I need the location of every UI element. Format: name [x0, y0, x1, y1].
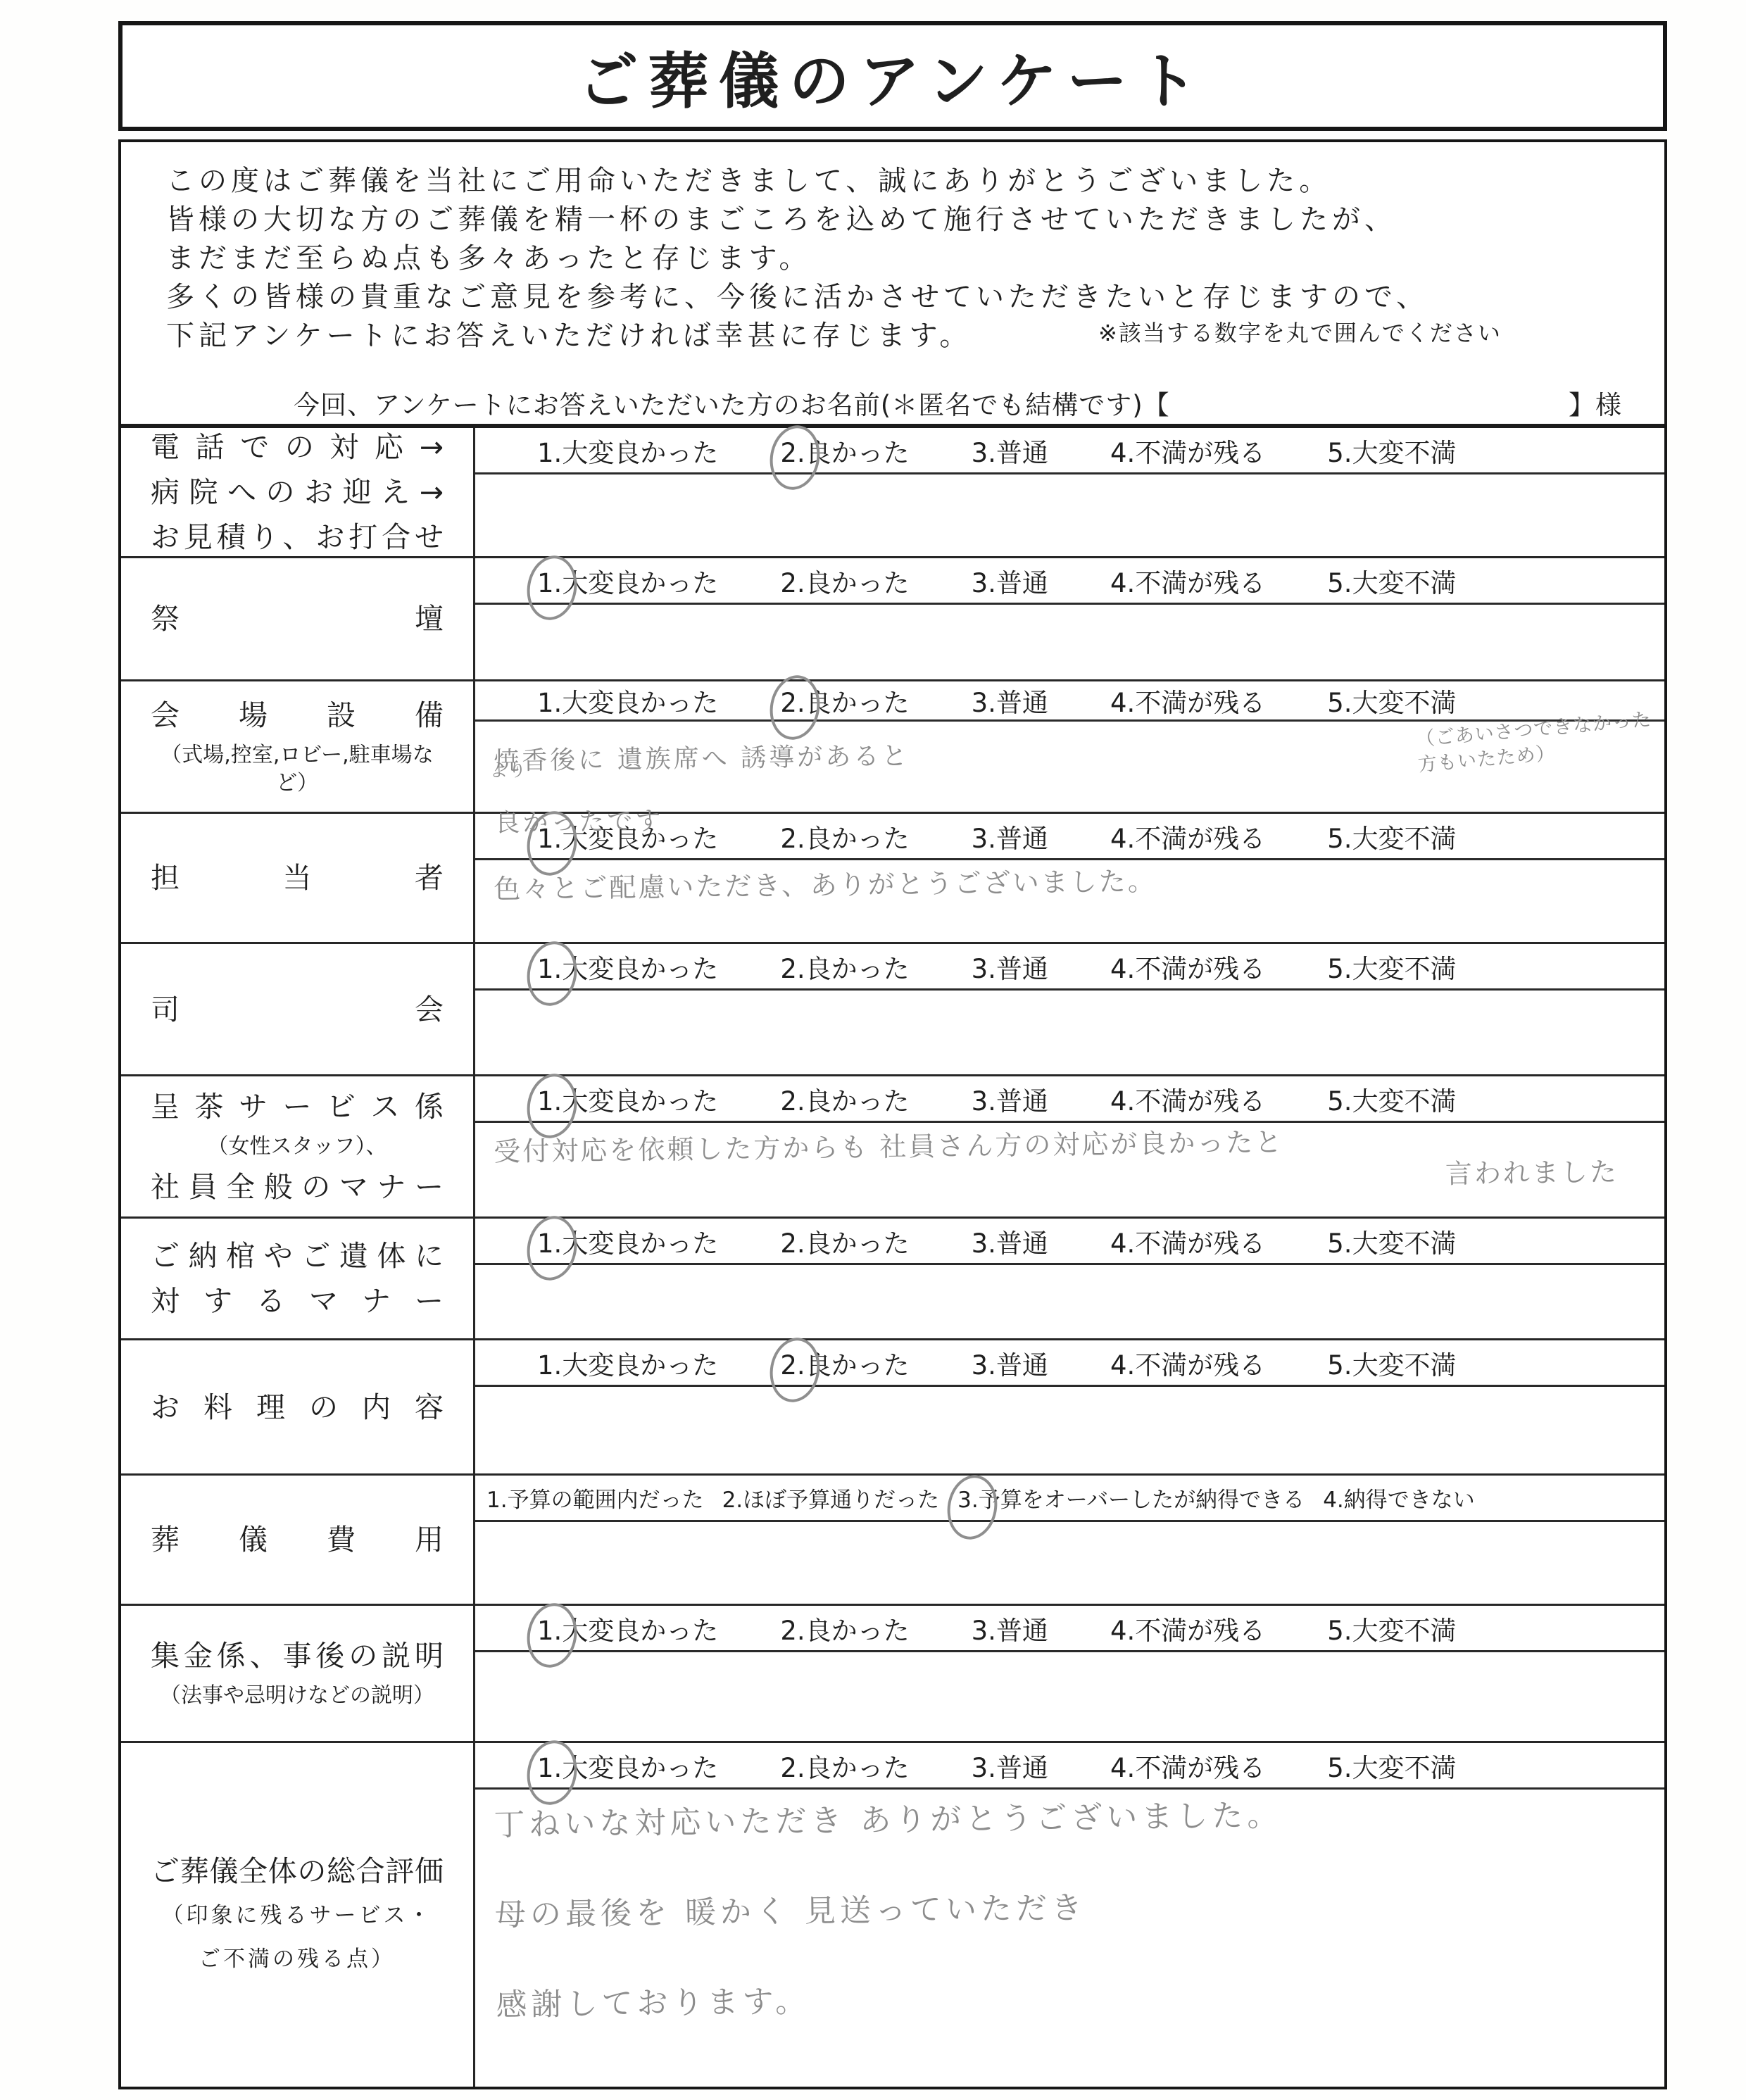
option-number: 3.	[972, 954, 996, 984]
option-number-circled: 2.	[780, 438, 805, 468]
row-answer-cell: 1.大変良かった2.良かった3.普通4.不満が残る5.大変不満受付対応を依頼した…	[475, 1076, 1664, 1216]
handwritten-comment: 受付対応を依頼した方からも 社員さん方の対応が良かったと言われました	[494, 1119, 1647, 1205]
option-number: 2.	[780, 1616, 805, 1646]
option-number: 5.	[1327, 954, 1352, 984]
option[interactable]: 2.良かった	[780, 562, 909, 600]
option-label: 不満が残る	[1135, 688, 1265, 718]
option-number-circled: 1.	[537, 1753, 562, 1783]
option[interactable]: 5.大変不満	[1327, 562, 1456, 600]
option-number-circled: 2.	[780, 688, 805, 718]
option-label: 普通	[996, 1616, 1048, 1646]
option-number: 5.	[1327, 438, 1352, 468]
row-label-cell: 集金係、事後の説明（法事や忌明けなどの説明）	[121, 1606, 475, 1741]
row-label-sub: ご不満の残る点）	[151, 1941, 444, 1978]
option-number: 4.	[1110, 1350, 1135, 1381]
option[interactable]: 5.大変不満	[1327, 1747, 1456, 1785]
handwritten-comment: 色々とご配慮いただき、ありがとうございました。	[494, 856, 1647, 908]
option[interactable]: 1.大変良かった	[537, 948, 718, 986]
option-number: 5.	[1327, 1228, 1352, 1259]
comment-area	[475, 1387, 1664, 1473]
option-band: 1.大変良かった2.良かった3.普通4.不満が残る5.大変不満	[475, 944, 1664, 991]
option-label: 大変良かった	[562, 1616, 718, 1646]
intro-line: まだまだ至らぬ点も多々あったと存じます。	[166, 239, 1428, 278]
option-label: 良かった	[805, 1228, 910, 1259]
name-line-prefix: 今回、アンケートにお答えいただいた方のお名前(＊匿名でも結構です)【	[294, 384, 1170, 422]
option-band: 1.予算の範囲内だった2.ほぼ予算通りだった3.予算をオーバーしたが納得できる4…	[475, 1476, 1664, 1522]
comment-area	[475, 991, 1664, 1074]
option-number: 5.	[1327, 688, 1352, 718]
comment-area	[475, 474, 1664, 556]
option-label: 良かった	[805, 688, 910, 718]
table-row: 電話での対応→病院へのお迎え→お見積り、お打合せ1.大変良かった2.良かった3.…	[121, 428, 1664, 558]
option-label: 良かった	[805, 1753, 910, 1783]
option[interactable]: 2.良かった	[780, 1747, 909, 1785]
name-input-blank[interactable]	[1170, 379, 1569, 414]
table-row: 葬儀費用1.予算の範囲内だった2.ほぼ予算通りだった3.予算をオーバーしたが納得…	[121, 1476, 1664, 1606]
option-number-circled: 1.	[537, 1616, 562, 1646]
option-number: 2.	[780, 568, 805, 598]
option-number: 4.	[1323, 1488, 1344, 1513]
option-number: 4.	[1110, 688, 1135, 718]
option-label: 普通	[996, 954, 1048, 984]
option-number: 1.	[537, 438, 562, 468]
option[interactable]: 5.大変不満	[1327, 948, 1456, 986]
option[interactable]: 3.普通	[972, 1222, 1048, 1260]
row-label: 葬儀費用	[151, 1521, 444, 1559]
table-row: 司会1.大変良かった2.良かった3.普通4.不満が残る5.大変不満	[121, 944, 1664, 1076]
option-label: 良かった	[805, 954, 910, 984]
option-number: 2.	[780, 1228, 805, 1259]
option-number-circled: 3.	[957, 1488, 979, 1513]
row-label: 電話での対応→	[151, 428, 444, 466]
option-label: 不満が残る	[1135, 1753, 1265, 1783]
option-label: 大変不満	[1352, 1086, 1457, 1117]
option-number: 5.	[1327, 1086, 1352, 1117]
option-label: 大変不満	[1352, 1350, 1457, 1381]
option[interactable]: 4.不満が残る	[1110, 1344, 1265, 1382]
row-answer-cell: 1.大変良かった2.良かった3.普通4.不満が残る5.大変不満	[475, 558, 1664, 679]
option-label: 大変不満	[1352, 1753, 1457, 1783]
row-label-sub: （女性スタッフ）、	[151, 1133, 444, 1161]
option-label: 予算の範囲内だった	[508, 1488, 704, 1513]
option-number: 3.	[972, 1616, 996, 1646]
option-number: 2.	[780, 1753, 805, 1783]
option-number: 4.	[1110, 568, 1135, 598]
option-number: 2.	[780, 824, 805, 854]
comment-area: 受付対応を依頼した方からも 社員さん方の対応が良かったと言われました	[475, 1123, 1664, 1216]
option[interactable]: 5.大変不満	[1327, 681, 1456, 719]
table-row: 会場設備（式場,控室,ロビー,駐車場など）1.大変良かった2.良かった3.普通4…	[121, 681, 1664, 814]
option-number-circled: 1.	[537, 1086, 562, 1117]
option-number: 3.	[972, 568, 996, 598]
option-number: 1.	[537, 1350, 562, 1381]
comment-area: 丁ねいな対応いただき ありがとうございました。母の最後を 暖かく 見送っていただ…	[475, 1790, 1664, 2087]
option[interactable]: 4.不満が残る	[1110, 562, 1265, 600]
survey-table: 電話での対応→病院へのお迎え→お見積り、お打合せ1.大変良かった2.良かった3.…	[121, 424, 1664, 2087]
option-label: 良かった	[805, 568, 910, 598]
option-band: 1.大変良かった2.良かった3.普通4.不満が残る5.大変不満	[475, 681, 1664, 722]
option-label: 普通	[996, 438, 1048, 468]
option-label: 大変良かった	[562, 954, 718, 984]
option-label: 不満が残る	[1135, 1616, 1265, 1646]
option-label: 大変不満	[1352, 954, 1457, 984]
option-label: 大変不満	[1352, 688, 1457, 718]
option[interactable]: 4.不満が残る	[1110, 1080, 1265, 1118]
option-number: 4.	[1110, 1086, 1135, 1117]
row-label: 祭壇	[151, 600, 444, 638]
row-label-cell: 祭壇	[121, 558, 475, 679]
option[interactable]: 5.大変不満	[1327, 1080, 1456, 1118]
option[interactable]: 1.大変良かった	[537, 681, 718, 719]
option-number: 5.	[1327, 1616, 1352, 1646]
row-label-cell: 会場設備（式場,控室,ロビー,駐車場など）	[121, 681, 475, 812]
option-label: ほぼ予算通りだった	[743, 1488, 939, 1513]
option-band: 1.大変良かった2.良かった3.普通4.不満が残る5.大変不満	[475, 1743, 1664, 1790]
row-label: お料理の内容	[151, 1388, 444, 1426]
option[interactable]: 1.大変良かった	[537, 1222, 718, 1260]
row-label: 対するマナー	[151, 1282, 444, 1320]
option[interactable]: 1.大変良かった	[537, 1080, 718, 1118]
intro-line: 皆様の大切な方のご葬儀を精一杯のまごころを込めて施行させていただきましたが、	[166, 201, 1428, 239]
row-label-cell: 葬儀費用	[121, 1476, 475, 1604]
option-label: 大変良かった	[562, 568, 718, 598]
table-row: ご納棺やご遺体に対するマナー1.大変良かった2.良かった3.普通4.不満が残る5…	[121, 1219, 1664, 1340]
intro-line: 多くの皆様の貴重なご意見を参考に、今後に活かさせていただきたいと存じますので、	[166, 278, 1428, 317]
row-label-sub: （法事や忌明けなどの説明）	[151, 1682, 444, 1710]
option-number: 4.	[1110, 438, 1135, 468]
option[interactable]: 3.普通	[972, 681, 1048, 719]
row-label-cell: お料理の内容	[121, 1340, 475, 1473]
row-label: 社員全般のマナー	[151, 1168, 444, 1206]
option-label: 納得できない	[1344, 1488, 1475, 1513]
option-number: 1.	[537, 688, 562, 718]
row-label: 担当者	[151, 859, 444, 897]
option[interactable]: 2.良かった	[780, 1080, 909, 1118]
option-label: 普通	[996, 1228, 1048, 1259]
row-answer-cell: 1.大変良かった2.良かった3.普通4.不満が残る5.大変不満焼香後に 遺族席へ…	[475, 681, 1664, 812]
handwritten-insertion: より	[489, 745, 1399, 782]
option-number: 3.	[972, 1086, 996, 1117]
option[interactable]: 5.大変不満	[1327, 1222, 1456, 1260]
option[interactable]: 3.普通	[972, 432, 1048, 470]
option-number: 2.	[780, 1086, 805, 1117]
comment-area	[475, 605, 1664, 679]
row-answer-cell: 1.大変良かった2.良かった3.普通4.不満が残る5.大変不満	[475, 1606, 1664, 1741]
option-label: 大変良かった	[562, 1228, 718, 1259]
option-label: 良かった	[805, 1086, 910, 1117]
intro-line: この度はご葬儀を当社にご用命いただきまして、誠にありがとうございました。	[166, 162, 1428, 201]
option-label: 不満が残る	[1135, 954, 1265, 984]
option-label: 大変良かった	[562, 1753, 718, 1783]
option[interactable]: 5.大変不満	[1327, 1344, 1456, 1382]
option[interactable]: 2.ほぼ予算通りだった	[722, 1482, 940, 1514]
option-label: 不満が残る	[1135, 1350, 1265, 1381]
option-number: 3.	[972, 688, 996, 718]
option-number: 5.	[1327, 1350, 1352, 1381]
option-label: 大変不満	[1352, 568, 1457, 598]
option[interactable]: 2.良かった	[780, 681, 909, 719]
option[interactable]: 1.大変良かった	[537, 1609, 718, 1647]
option[interactable]: 2.良かった	[780, 1344, 909, 1382]
option-number-circled: 2.	[780, 1350, 805, 1381]
option-label: 不満が残る	[1135, 438, 1265, 468]
option-label: 普通	[996, 688, 1048, 718]
comment-area	[475, 1265, 1664, 1338]
option-number: 5.	[1327, 824, 1352, 854]
option[interactable]: 2.良かった	[780, 432, 909, 470]
option-label: 大変不満	[1352, 1616, 1457, 1646]
name-line-suffix: 】様	[1569, 384, 1622, 422]
option-label: 良かった	[805, 1350, 910, 1381]
page-title: ご葬儀のアンケート	[578, 32, 1208, 120]
option[interactable]: 2.良かった	[780, 1222, 909, 1260]
option-band: 1.大変良かった2.良かった3.普通4.不満が残る5.大変不満	[475, 428, 1664, 474]
row-answer-cell: 1.大変良かった2.良かった3.普通4.不満が残る5.大変不満	[475, 428, 1664, 556]
row-label-cell: 呈茶サービス係（女性スタッフ）、社員全般のマナー	[121, 1076, 475, 1216]
option-number-circled: 1.	[537, 1228, 562, 1259]
row-label-cell: ご納棺やご遺体に対するマナー	[121, 1219, 475, 1338]
option-label: 普通	[996, 568, 1048, 598]
option-label: 大変良かった	[562, 688, 718, 718]
row-label-cell: 担当者	[121, 814, 475, 942]
row-answer-cell: 1.予算の範囲内だった2.ほぼ予算通りだった3.予算をオーバーしたが納得できる4…	[475, 1476, 1664, 1604]
option[interactable]: 4.不満が残る	[1110, 1747, 1265, 1785]
option-label: 不満が残る	[1135, 568, 1265, 598]
option-number: 4.	[1110, 954, 1135, 984]
option-number: 5.	[1327, 1753, 1352, 1783]
row-answer-cell: 1.大変良かった2.良かった3.普通4.不満が残る5.大変不満	[475, 944, 1664, 1074]
option-number: 2.	[780, 954, 805, 984]
option-label: 普通	[996, 1086, 1048, 1117]
row-label: ご葬儀全体の総合評価	[151, 1852, 444, 1890]
option[interactable]: 4.納得できない	[1323, 1482, 1475, 1514]
row-label: お見積り、お打合せ	[151, 518, 444, 556]
option[interactable]: 5.大変不満	[1327, 1609, 1456, 1647]
option[interactable]: 4.不満が残る	[1110, 432, 1265, 470]
option[interactable]: 1.大変良かった	[537, 432, 718, 470]
option-label: 大変良かった	[562, 1086, 718, 1117]
option-label: 不満が残る	[1135, 1228, 1265, 1259]
option-number-circled: 1.	[537, 824, 562, 854]
option[interactable]: 4.不満が残る	[1110, 1222, 1265, 1260]
row-answer-cell: 1.大変良かった2.良かった3.普通4.不満が残る5.大変不満丁ねいな対応いただ…	[475, 1743, 1664, 2087]
option-label: 予算をオーバーしたが納得できる	[979, 1488, 1305, 1513]
option[interactable]: 3.普通	[972, 1080, 1048, 1118]
option-number: 3.	[972, 438, 996, 468]
table-row: お料理の内容1.大変良かった2.良かった3.普通4.不満が残る5.大変不満	[121, 1340, 1664, 1476]
option-number: 3.	[972, 1228, 996, 1259]
option-number: 4.	[1110, 1228, 1135, 1259]
row-label-cell: 司会	[121, 944, 475, 1074]
row-label: 集金係、事後の説明	[151, 1637, 444, 1675]
option-band: 1.大変良かった2.良かった3.普通4.不満が残る5.大変不満	[475, 1219, 1664, 1265]
option-band: 1.大変良かった2.良かった3.普通4.不満が残る5.大変不満	[475, 558, 1664, 605]
comment-area: 焼香後に 遺族席へ 誘導があるとより良かったです（ごあいさつできなかった方もいた…	[475, 722, 1664, 843]
row-label-cell: 電話での対応→病院へのお迎え→お見積り、お打合せ	[121, 428, 475, 556]
row-label: 病院へのお迎え→	[151, 473, 444, 511]
option-label: 普通	[996, 1350, 1048, 1381]
option-number: 3.	[972, 1753, 996, 1783]
comment-area	[475, 1522, 1664, 1604]
handwritten-comment: 丁ねいな対応いただき ありがとうございました。母の最後を 暖かく 見送っていただ…	[494, 1785, 1649, 2025]
row-answer-cell: 1.大変良かった2.良かった3.普通4.不満が残る5.大変不満	[475, 1219, 1664, 1338]
option-label: 普通	[996, 1753, 1048, 1783]
option[interactable]: 3.普通	[972, 948, 1048, 986]
option[interactable]: 1.大変良かった	[537, 1747, 718, 1785]
row-label-sub: （印象に残るサービス・	[151, 1897, 444, 1934]
option[interactable]: 3.普通	[972, 1747, 1048, 1785]
option-number: 3.	[972, 824, 996, 854]
option-number: 4.	[1110, 1616, 1135, 1646]
option-label: 良かった	[805, 1616, 910, 1646]
comment-area: 色々とご配慮いただき、ありがとうございました。	[475, 860, 1664, 942]
option[interactable]: 4.不満が残る	[1110, 948, 1265, 986]
option[interactable]: 2.良かった	[780, 1609, 909, 1647]
option-band: 1.大変良かった2.良かった3.普通4.不満が残る5.大変不満	[475, 1606, 1664, 1652]
option-label: 良かった	[805, 438, 910, 468]
option-band: 1.大変良かった2.良かった3.普通4.不満が残る5.大変不満	[475, 1076, 1664, 1123]
option-label: 大変不満	[1352, 1228, 1457, 1259]
option[interactable]: 4.不満が残る	[1110, 681, 1265, 719]
row-label: ご納棺やご遺体に	[151, 1237, 444, 1275]
table-row: 呈茶サービス係（女性スタッフ）、社員全般のマナー1.大変良かった2.良かった3.…	[121, 1076, 1664, 1219]
table-row: 祭壇1.大変良かった2.良かった3.普通4.不満が残る5.大変不満	[121, 558, 1664, 681]
row-label-sub: （式場,控室,ロビー,駐車場など）	[151, 741, 444, 798]
option[interactable]: 2.良かった	[780, 948, 909, 986]
row-answer-cell: 1.大変良かった2.良かった3.普通4.不満が残る5.大変不満	[475, 1340, 1664, 1473]
option-number: 1.	[486, 1488, 508, 1513]
comment-area	[475, 1652, 1664, 1741]
option-number-circled: 1.	[537, 954, 562, 984]
option-number: 5.	[1327, 568, 1352, 598]
option-number-circled: 1.	[537, 568, 562, 598]
option-number: 4.	[1110, 1753, 1135, 1783]
table-row: 集金係、事後の説明（法事や忌明けなどの説明）1.大変良かった2.良かった3.普通…	[121, 1606, 1664, 1743]
row-label: 呈茶サービス係	[151, 1088, 444, 1126]
option-label: 大変不満	[1352, 438, 1457, 468]
row-label: 会場設備	[151, 696, 444, 734]
option-number: 4.	[1110, 824, 1135, 854]
option-label: 大変良かった	[562, 1350, 718, 1381]
handwritten-comment: 焼香後に 遺族席へ 誘導があるとより良かったです	[494, 730, 1396, 839]
option[interactable]: 1.予算の範囲内だった	[486, 1482, 704, 1514]
row-label-cell: ご葬儀全体の総合評価（印象に残るサービス・ご不満の残る点）	[121, 1743, 475, 2087]
title-box: ご葬儀のアンケート	[118, 21, 1667, 131]
respondent-name-line: 今回、アンケートにお答えいただいた方のお名前(＊匿名でも結構です)【 】様	[121, 379, 1664, 422]
option-number: 2.	[722, 1488, 743, 1513]
option[interactable]: 4.不満が残る	[1110, 1609, 1265, 1647]
option[interactable]: 5.大変不満	[1327, 432, 1456, 470]
option[interactable]: 1.大変良かった	[537, 1344, 718, 1382]
row-label: 司会	[151, 991, 444, 1029]
option[interactable]: 3.普通	[972, 1344, 1048, 1382]
option[interactable]: 3.普通	[972, 1609, 1048, 1647]
option-number: 3.	[972, 1350, 996, 1381]
option-label: 不満が残る	[1135, 1086, 1265, 1117]
circle-instruction-note: ※該当する数字を丸で囲んでください	[1098, 315, 1502, 348]
option-band: 1.大変良かった2.良かった3.普通4.不満が残る5.大変不満	[475, 1340, 1664, 1387]
table-row: ご葬儀全体の総合評価（印象に残るサービス・ご不満の残る点）1.大変良かった2.良…	[121, 1743, 1664, 2087]
option[interactable]: 1.大変良かった	[537, 562, 718, 600]
option[interactable]: 3.普通	[972, 562, 1048, 600]
option[interactable]: 3.予算をオーバーしたが納得できる	[957, 1482, 1305, 1514]
scanned-survey-page: ご葬儀のアンケート この度はご葬儀を当社にご用命いただきまして、誠にありがとうご…	[0, 0, 1746, 2100]
option-label: 大変良かった	[562, 438, 718, 468]
